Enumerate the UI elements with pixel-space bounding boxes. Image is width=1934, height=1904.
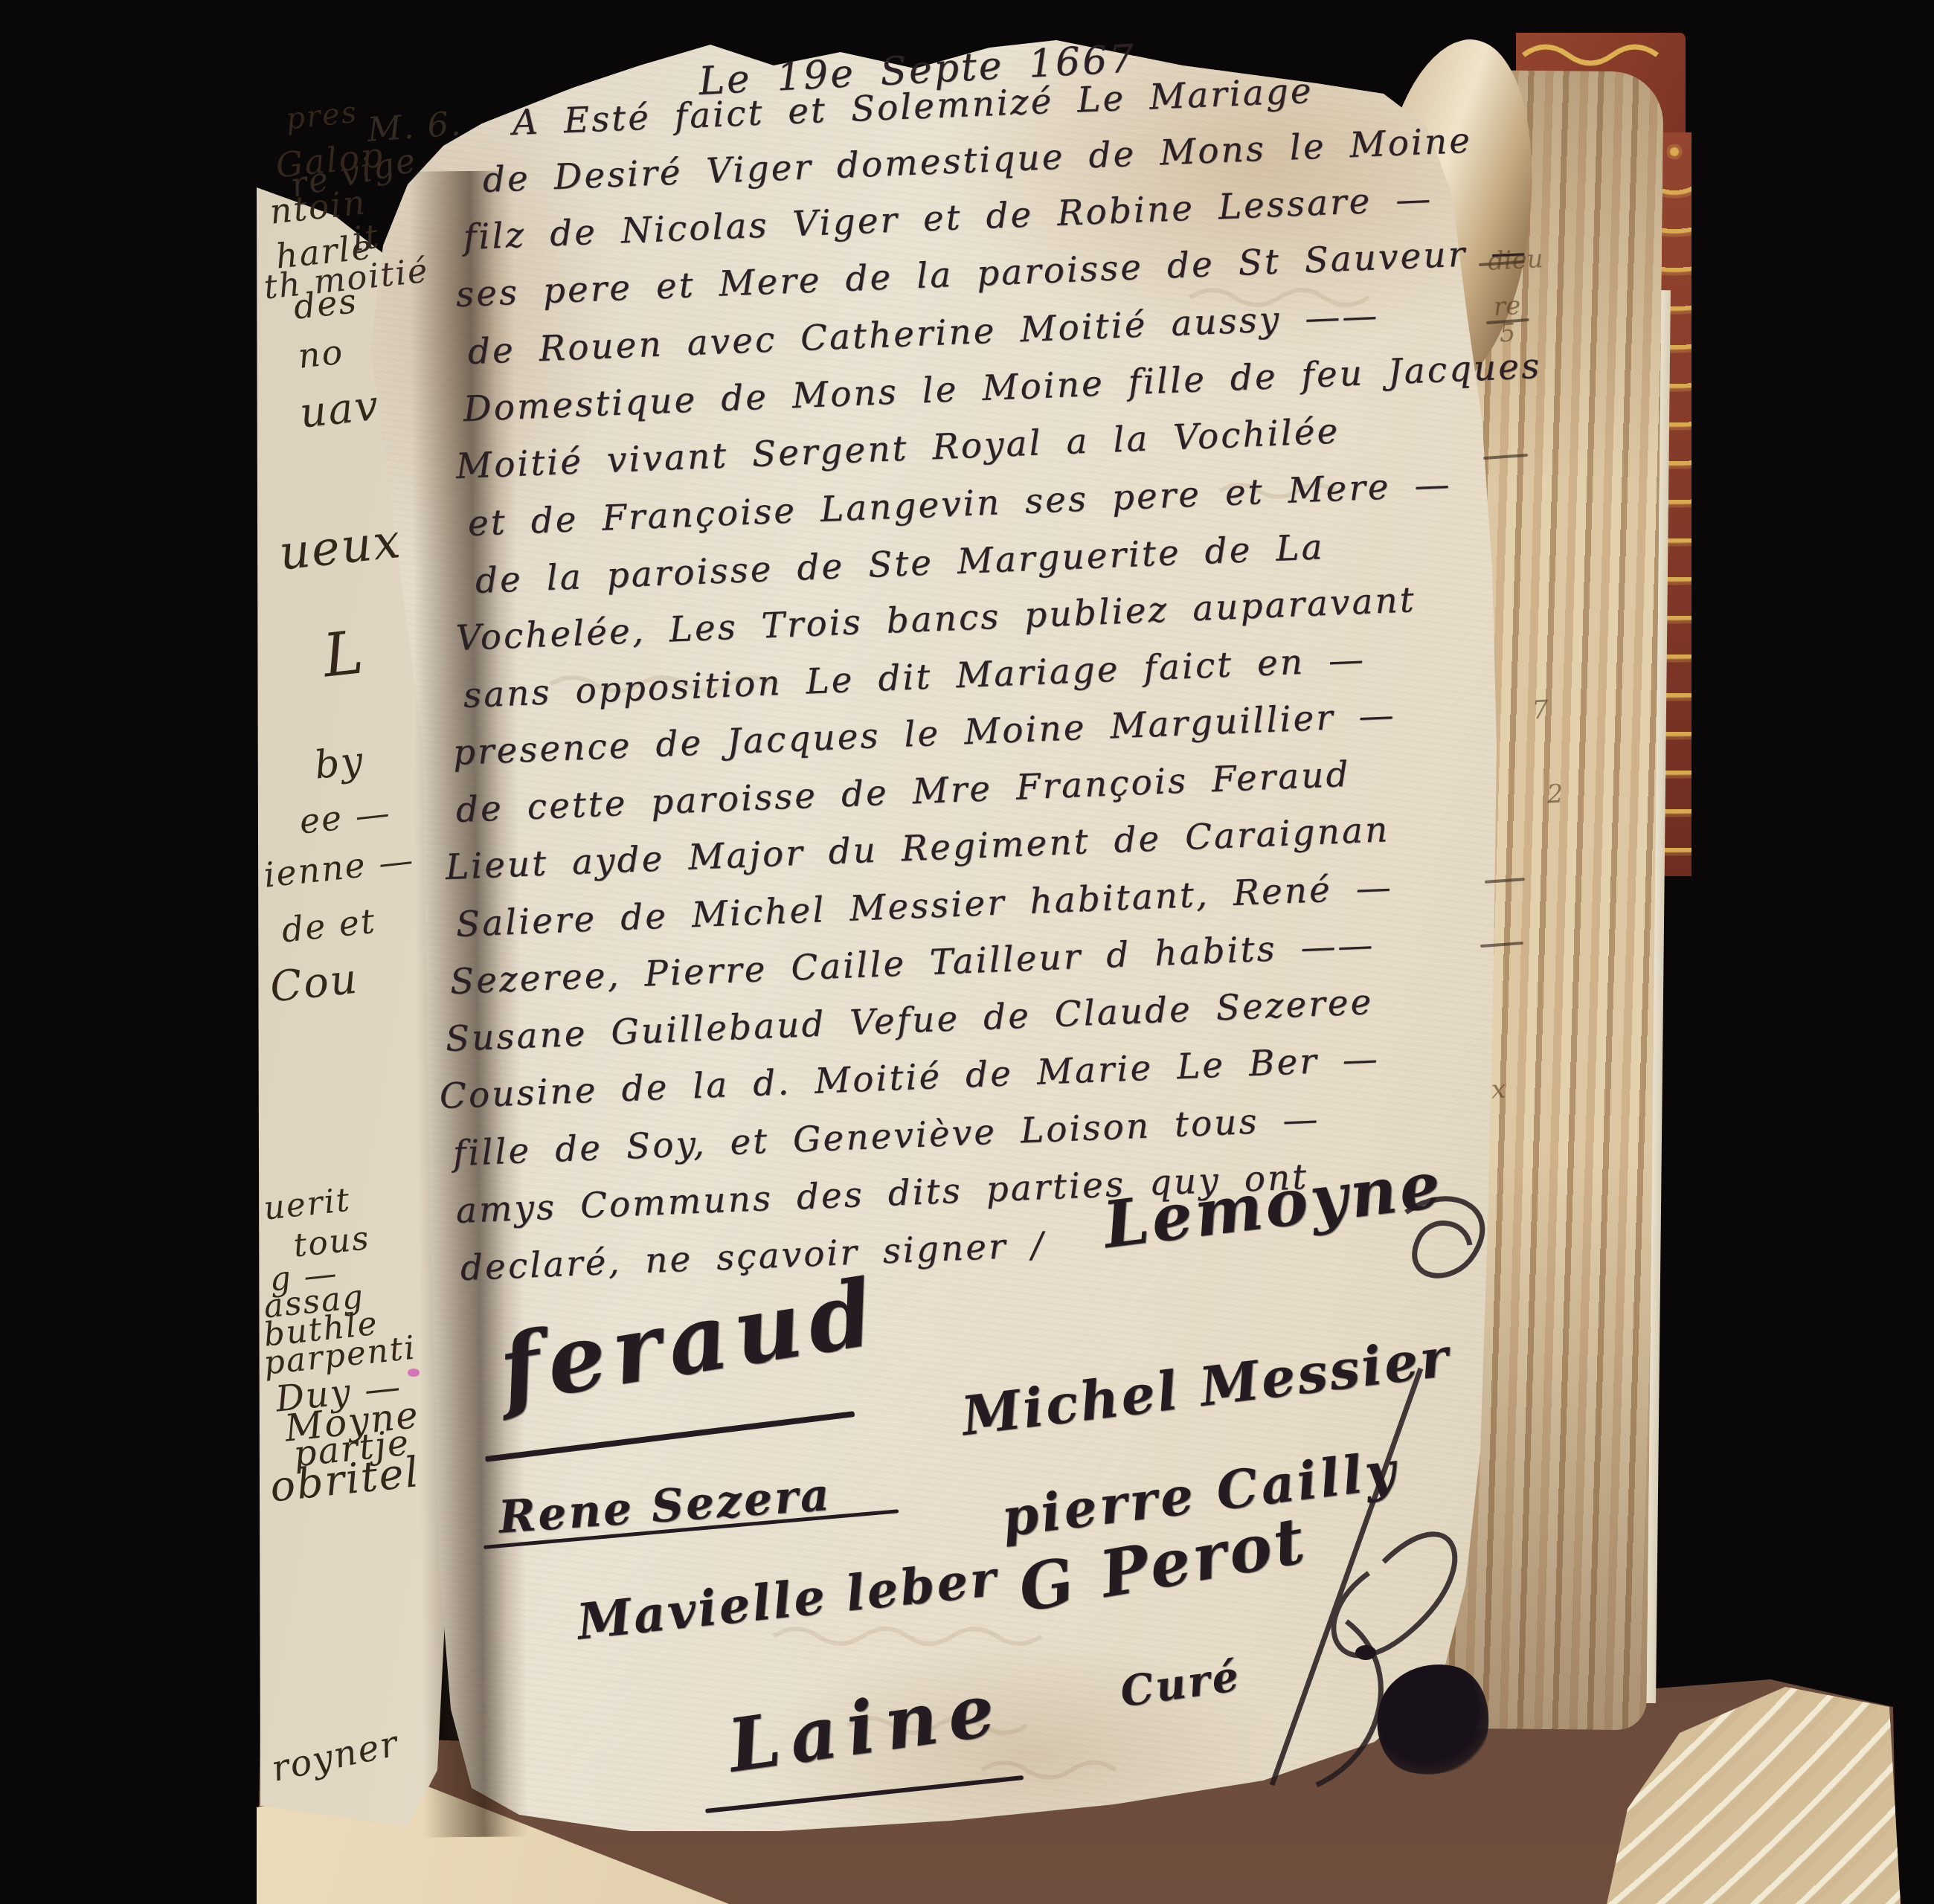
pink-mark [408, 1368, 420, 1377]
edge-fragment: 5 [1499, 318, 1517, 348]
edge-fragment: x [1491, 1075, 1506, 1105]
manuscript-photo: Le 19e Septe 1667 M. 6. re vige it th mo… [0, 0, 1934, 1904]
left-page-fragment: by [312, 739, 367, 788]
left-page-fragment: de et [280, 901, 378, 951]
left-page-fragment: ienne — [262, 840, 417, 895]
ink-blot-small [1355, 1645, 1376, 1660]
left-page-fragment: Cou [268, 955, 361, 1012]
left-page-fragment: obritel [268, 1448, 422, 1512]
left-page-fragment: uav [298, 382, 382, 438]
left-page-fragment: uerit [262, 1181, 353, 1228]
left-page-fragment: pres [284, 95, 359, 137]
edge-fragment: re [1493, 291, 1521, 322]
left-page-fragment: ueux [277, 514, 404, 582]
manuscript-content: Le 19e Septe 1667 M. 6. re vige it th mo… [0, 0, 1934, 1904]
left-page-fragment: L [320, 617, 368, 690]
left-page-fragment: des [292, 280, 359, 327]
edge-fragment: 2 [1546, 779, 1564, 809]
left-page-fragment: no [296, 332, 346, 376]
left-page-fragment: royner [268, 1723, 402, 1790]
left-page-fragment: ee — [298, 792, 393, 842]
edge-fragment: dieu [1487, 244, 1544, 277]
edge-fragment: 7 [1532, 695, 1549, 725]
